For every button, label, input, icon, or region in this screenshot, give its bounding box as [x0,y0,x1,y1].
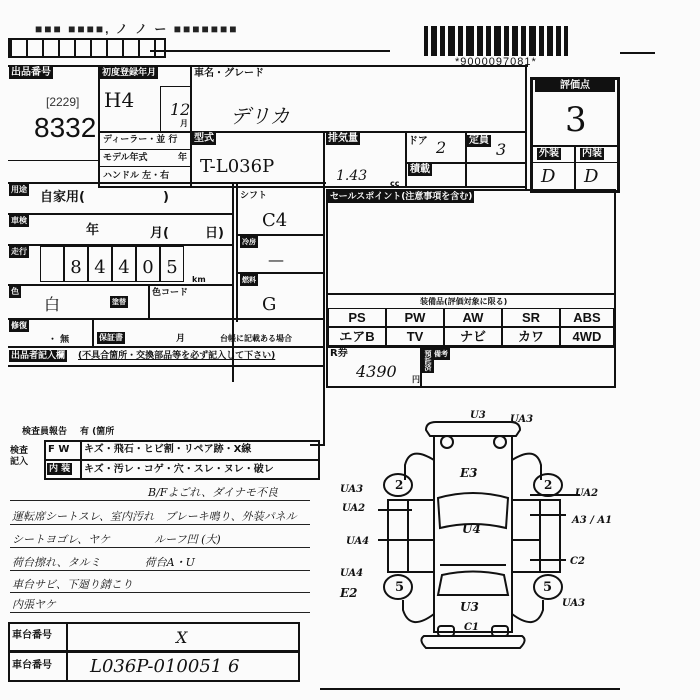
equipment-option: ナビ [444,327,502,346]
mileage-digit-cell: 4 [112,246,136,282]
mark-front-bumper: U3 [470,410,486,421]
shift-label: シフト [240,190,267,202]
displacement-value: 1.43 [336,168,367,184]
serial-label: 車台番号 [12,660,52,672]
mark-left-rear-wheel: 5 [395,580,404,595]
mileage-label: 走行 [9,246,29,258]
divider [323,186,325,446]
recycle-unit: 円 [412,374,420,386]
divider [8,182,326,184]
color-label: 色 [9,286,21,298]
displacement-label: 排気量 [326,133,360,145]
vehicle-model: T-L036P [200,156,274,177]
doors-value: 2 [436,138,446,157]
divider [98,66,100,186]
divider [8,650,300,653]
inspector-value: 有 (箇所 [80,426,114,438]
exterior-grade: D [541,166,555,187]
registration-year: H4 [104,88,134,112]
header-rule-right [620,52,655,54]
mileage-digit-cell: 4 [88,246,112,282]
divider [92,318,94,346]
dealer-label: ディーラー・並 行 [103,134,177,146]
equipment-label: 装備品(評価対象に限る) [420,296,507,308]
inspection-month-unit: 月( [150,228,169,240]
divider [98,131,190,133]
registration-month: 12 [170,100,190,119]
divider [574,145,576,190]
usage-value: 自家用( ) [40,192,169,204]
equipment-option: ABS [560,308,614,327]
shift-value: C4 [262,210,287,231]
divider [533,162,617,163]
mark-left-rear-quarter: E2 [340,586,358,600]
repair-label: 修復 [9,320,29,332]
doors-label: ドア [408,136,428,148]
mark-right-rear: UA3 [562,598,585,609]
header-grid [8,38,166,58]
equipment-option: TV [386,327,444,346]
barcode [424,26,592,56]
lot-tag: [2229] [46,95,79,109]
warranty-label: 保証書 [97,332,125,344]
divider [525,66,527,190]
mileage-digit-cell: 0 [136,246,160,282]
seats-label: 定員 [467,135,491,147]
sales-points-box [326,189,616,295]
model-year-unit: 年 [178,152,187,164]
damage-label: 検査記入 [10,446,36,468]
exterior-label: 外装 [537,148,561,160]
interior-items: キズ・汚レ・コゲ・穴・スレ・ヌレ・破レ [84,464,274,476]
divider [8,318,324,320]
mark-left-front-wheel: 2 [395,478,403,492]
divider [8,284,232,286]
mark-right-door-bottom: C2 [570,556,585,567]
inspection-year-unit: 年 [86,225,99,237]
mark-left-door-bottom: UA4 [340,568,363,579]
divider [98,186,526,188]
mark-rear-bed: U3 [460,600,479,614]
usage-label: 用途 [9,184,29,196]
fuel-label: 燃料 [240,274,258,286]
equipment-option: PW [386,308,444,327]
chassis-label: 車台番号 [12,630,52,642]
registration-month-unit: 月 [180,118,188,130]
note-text: 内張ヤケ [12,596,56,612]
ac-label: 冷房 [240,236,258,248]
mark-left-door-top: UA2 [342,503,365,514]
inspector-label: 検査員報告 [22,426,67,438]
fw-items: キズ・飛石・ヒビ割・リペア跡・X線 [84,444,251,456]
note-text: シートヨゴレ、ヤケ ルーフ凹 (大) [12,531,221,547]
notes-label: 備考 [432,348,450,360]
lot-number: 8332 [34,112,96,144]
document-header-title: ■■■ ■■■■, ノ ノ ー ■■■■■■■ [35,20,238,37]
color-value: 白 [44,292,60,315]
divider [98,149,190,150]
inspection-day-unit: 日) [205,228,224,240]
equipment-option: カワ [502,327,560,346]
mark-front-bumper-right: UA3 [510,414,533,425]
fuel-value: G [262,294,276,315]
note-rule [10,592,310,593]
divider [8,346,324,348]
handle-label: ハンドル 左・右 [103,170,169,182]
color-sub-label: 塗替 [110,296,128,308]
model-year-label: モデル年式 [103,152,148,164]
divider [80,440,82,480]
sales-points-label: セールスポイント(注意事項を含む) [328,191,474,203]
inspection-label: 車検 [9,215,29,227]
warranty-unit: 月 [176,333,185,345]
seats-value: 3 [496,140,506,159]
fw-label: F W [48,444,69,456]
equipment-option: エアB [328,327,386,346]
score-label: 評価点 [535,80,615,92]
divider [44,459,320,461]
equipment-option: PS [328,308,386,327]
note-rule [10,547,310,548]
mileage-digit-cell: 8 [64,246,88,282]
mark-left-fender: UA3 [340,484,363,495]
mark-roof: U4 [462,522,481,536]
equipment-option: SR [502,308,560,327]
divider [405,133,407,187]
note-text: 車台サビ、下廻り錆こり [12,576,133,592]
note-text: 運転席シートスレ、室内汚れ ブレーキ鳴り、外装パネル [12,508,297,524]
top-rule [8,65,528,67]
equipment-option: 4WD [560,327,614,346]
interior-grade: D [584,166,598,187]
divider [323,131,325,187]
mark-hood: E3 [460,466,478,480]
equipment-option: AW [444,308,502,327]
repair-value: ・ 無 [48,334,69,346]
recycle-label: R券 [330,348,348,360]
ledger-label: 台帳に記載ある場合 [220,333,292,345]
divider [190,66,192,186]
interior-label: 内装 [580,148,604,160]
note-rule [10,612,310,613]
mark-right-front-wheel: 2 [544,478,552,492]
divider [8,160,98,161]
divider [66,622,68,682]
lot-label: 出品番号 [9,67,53,79]
color-code-label: 色コード [152,287,188,299]
divider [236,182,238,322]
vehicle-name: デリカ [230,100,290,129]
mark-right-door-top: A3 / A1 [572,515,612,526]
mileage-digit-cell [40,246,64,282]
interior-row-label: 内 装 [47,463,72,475]
mark-rear-bumper: C1 [464,622,479,633]
registration-label: 初度登録年月 [100,67,158,79]
note-rule [10,524,310,525]
chassis-mark: X [176,628,187,647]
mark-right-rear-wheel: 5 [543,580,552,595]
recycle-value: 4390 [356,362,397,381]
score-value: 3 [565,100,587,140]
serial-value: L036P-010051 6 [90,656,239,677]
mileage-digit-cell: 5 [160,246,184,282]
note-text: B/Fよごれ、ダイナモ不良 [148,484,278,500]
ac-value: — [268,250,284,269]
divider [148,284,150,319]
vehicle-model-label: 型式 [192,133,216,145]
cargo-label: 積載 [408,164,432,176]
mark-left-door-mid: UA4 [346,536,369,547]
note-rule [10,500,310,501]
header-rule [150,50,390,52]
divider [8,365,324,367]
mark-right-fender: UA2 [575,488,598,499]
note-rule [10,570,310,571]
bottom-rule [320,688,620,690]
vehicle-name-label: 車名・グレード [194,68,264,80]
condition-banner-label: 出品者記入欄 [9,350,67,362]
divider [8,213,232,215]
note-text: 荷台擦れ、タルミ 荷台A・U [12,554,195,570]
condition-banner-text: (不具合箇所・交換部品等を必ず記入して下さい) [78,350,275,362]
divider [98,166,190,167]
